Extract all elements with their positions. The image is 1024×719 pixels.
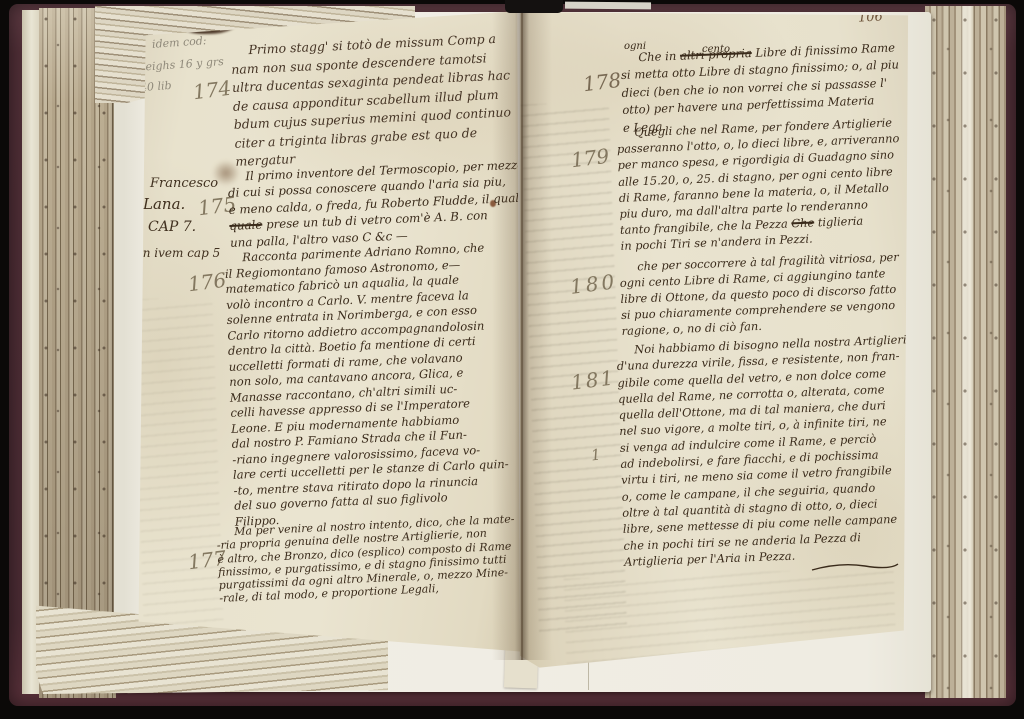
margin-number-174: 174 — [192, 76, 233, 104]
left-fore-edge-pages — [39, 8, 116, 698]
underline-flourish — [810, 560, 900, 574]
latin-paragraph: Primo stagg' si totò de missum Comp anam… — [230, 29, 514, 171]
margin-number-stray-1: 1 — [590, 445, 602, 464]
bleedthrough-text — [132, 297, 223, 630]
right-manuscript-page: 106 178 179 180 181 1 ogni cento Che in … — [520, 8, 912, 673]
manuscript-photo: idem cod: weighs 16 y grs 40 lib 174 Fra… — [0, 0, 1024, 719]
margin-number-176: 176 — [187, 268, 228, 296]
head-edge-sliver — [565, 2, 651, 10]
gutter-crease-line — [521, 12, 523, 660]
bookmark-tab — [505, 0, 563, 13]
che-per-soccorrere-paragraph: che per soccorrere à tal fragilità vitri… — [619, 249, 901, 339]
noi-habbiamo-paragraph: Noi habbiamo di bisogno nella nostra Art… — [616, 331, 921, 570]
left-endpaper-edge — [22, 10, 39, 694]
left-manuscript-page: idem cod: weighs 16 y grs 40 lib 174 Fra… — [130, 8, 520, 658]
pencil-note-weight: weighs 16 y grs — [136, 55, 225, 74]
margin-number-178: 178 — [582, 68, 623, 96]
margin-note-lana: Lana. — [143, 195, 185, 213]
ma-per-venire-paragraph: Ma per venire al nostro intento, dico, c… — [216, 512, 518, 605]
margin-note-francesco: Francesco — [150, 176, 218, 191]
termoscopio-paragraph: Il primo inventore del Termoscopio, per … — [227, 157, 527, 251]
right-fore-edge-pages — [925, 6, 1006, 698]
quegli-paragraph: Quegli che nel Rame, per fondere Artigli… — [616, 114, 903, 254]
margin-note-cap7: CAP 7. — [148, 219, 196, 235]
margin-note-in-ivem-cap: In ivem cap 5 — [138, 246, 220, 260]
margin-number-179: 179 — [570, 144, 611, 172]
pencil-note-idem: idem cod: — [152, 34, 207, 51]
racconta-paragraph: Racconta parimente Adriano Romno, cheil … — [224, 240, 511, 530]
